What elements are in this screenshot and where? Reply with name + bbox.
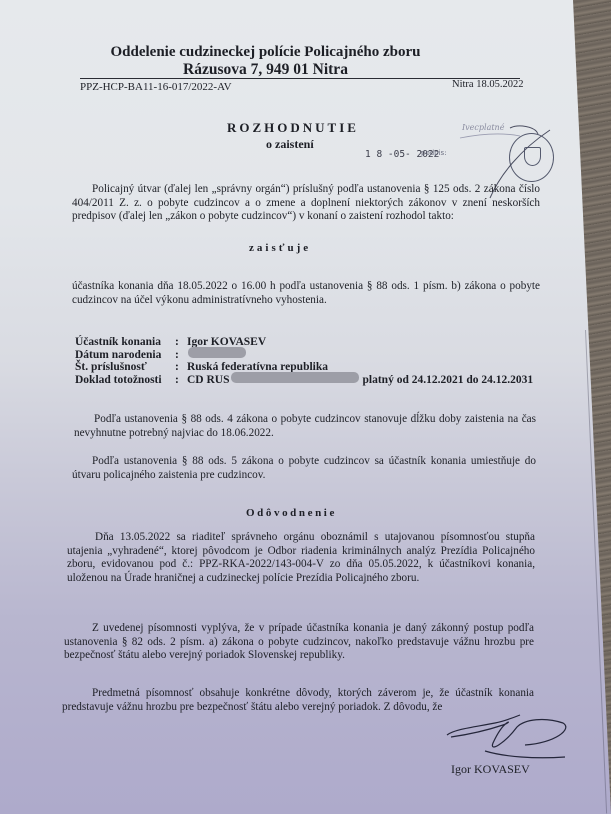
field-separator: : bbox=[175, 349, 187, 362]
field-participant: Účastník konania : Igor KOVASEV bbox=[75, 336, 533, 349]
signer-name: Igor KOVASEV bbox=[451, 762, 530, 777]
placement-paragraph: Podľa ustanovenia § 88 ods. 5 zákona o p… bbox=[72, 455, 536, 482]
duration-text: Podľa ustanovenia § 88 ods. 4 zákona o p… bbox=[74, 413, 536, 439]
place-date: Nitra 18.05.2022 bbox=[452, 79, 523, 90]
field-label: Účastník konania bbox=[75, 336, 175, 349]
field-label: Št. príslušnosť bbox=[75, 361, 175, 374]
field-birth-date: Dátum narodenia : bbox=[75, 349, 533, 362]
intro-text: Policajný útvar (ďalej len „správny orgá… bbox=[72, 183, 540, 222]
handwritten-signature bbox=[445, 713, 575, 763]
placement-text: Podľa ustanovenia § 88 ods. 5 zákona o p… bbox=[72, 455, 536, 481]
reasoning-paragraph-1: Dňa 13.05.2022 sa riaditeľ správneho org… bbox=[67, 531, 535, 585]
document-subtitle: o zaistení bbox=[266, 137, 314, 152]
decision-paragraph: účastníka konania dňa 18.05.2022 o 16.00… bbox=[72, 280, 540, 307]
document-title: ROZHODNUTIE bbox=[227, 120, 359, 136]
reasoning-paragraph-3: Predmetná písomnosť obsahuje konkrétne d… bbox=[62, 687, 534, 714]
department-address: Rázusova 7, 949 01 Nitra bbox=[0, 61, 571, 79]
redacted-birth-date bbox=[188, 347, 246, 358]
participant-details: Účastník konania : Igor KOVASEV Dátum na… bbox=[75, 336, 533, 386]
field-label: Doklad totožnosti bbox=[75, 374, 175, 387]
field-label: Dátum narodenia bbox=[75, 349, 175, 362]
id-document-validity: platný od 24.12.2021 do 24.12.2031 bbox=[363, 374, 534, 387]
field-separator: : bbox=[175, 361, 187, 374]
reasoning-text: Predmetná písomnosť obsahuje konkrétne d… bbox=[62, 687, 534, 713]
reasoning-text: Z uvedenej písomnosti vyplýva, že v príp… bbox=[64, 622, 534, 661]
field-separator: : bbox=[175, 336, 187, 349]
id-document-prefix: CD RUS bbox=[187, 374, 230, 387]
reasoning-text: Dňa 13.05.2022 sa riaditeľ správneho org… bbox=[67, 531, 535, 584]
department-name: Oddelenie cudzineckej polície Policajnéh… bbox=[0, 44, 571, 61]
redacted-id-number bbox=[231, 372, 359, 383]
field-separator: : bbox=[175, 374, 187, 387]
reasoning-heading: Odôvodnenie bbox=[246, 507, 337, 519]
decision-document: Oddelenie cudzineckej polície Policajnéh… bbox=[0, 0, 611, 814]
reference-number: PPZ-HCP-BA11-16-017/2022-AV bbox=[80, 81, 232, 93]
decision-heading: zaisťuje bbox=[249, 242, 311, 254]
reasoning-paragraph-2: Z uvedenej písomnosti vyplýva, že v príp… bbox=[64, 622, 534, 663]
duration-paragraph: Podľa ustanovenia § 88 ods. 4 zákona o p… bbox=[74, 413, 536, 440]
intro-paragraph: Policajný útvar (ďalej len „správny orgá… bbox=[72, 183, 540, 224]
field-id-document: Doklad totožnosti : CD RUS platný od 24.… bbox=[75, 374, 533, 387]
